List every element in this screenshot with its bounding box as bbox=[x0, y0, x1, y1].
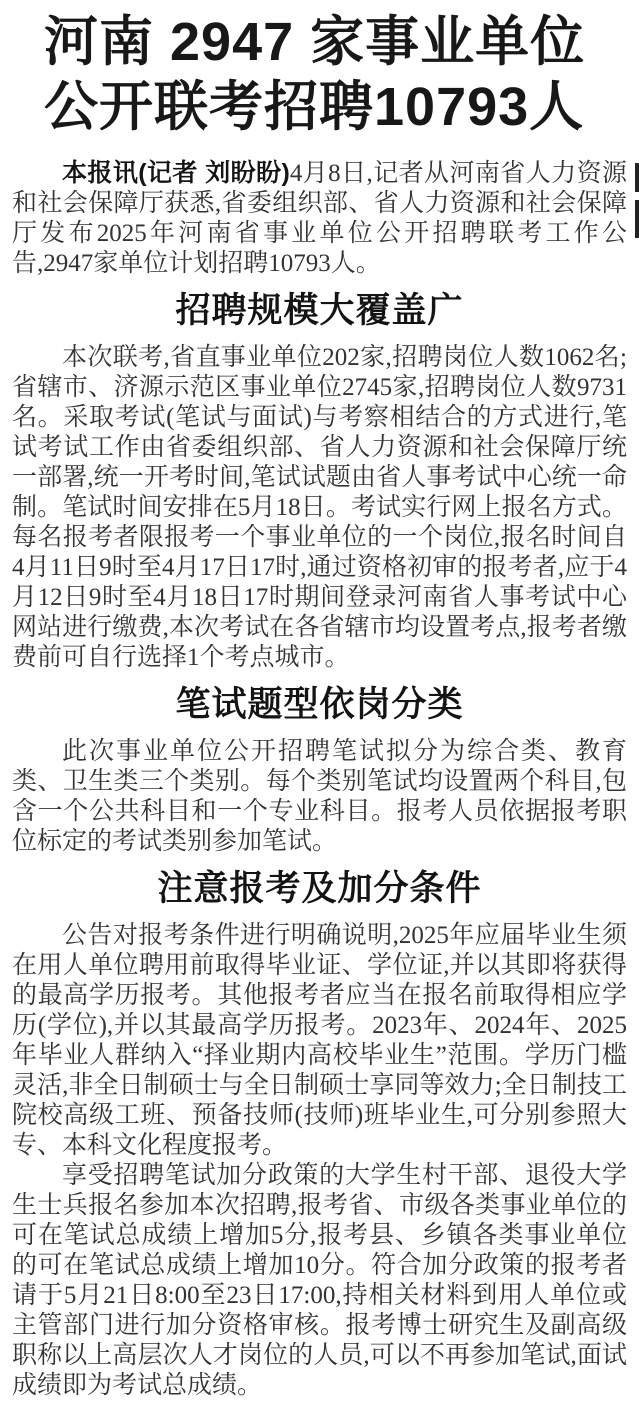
section-2-paragraph-1: 此次事业单位公开招聘笔试拟分为综合类、教育类、卫生类三个类别。每个类别笔试均设置… bbox=[0, 737, 639, 857]
lead-byline: 本报讯(记者 刘盼盼) bbox=[62, 159, 290, 187]
section-heading-recruitment-scale: 招聘规模大覆盖广 bbox=[0, 291, 639, 331]
newspaper-article-page: 河南 2947 家事业单位 公开联考招聘10793人 本报讯(记者 刘盼盼)4月… bbox=[0, 0, 639, 1405]
section-3-paragraph-2: 享受招聘笔试加分政策的大学生村干部、退役大学生士兵报名参加本次招聘,报考省、市级… bbox=[0, 1161, 639, 1401]
article-title-line-1: 河南 2947 家事业单位 bbox=[44, 10, 633, 75]
section-3-paragraph-1: 公告对报考条件进行明确说明,2025年应届毕业生须在用人单位聘用前取得毕业证、学… bbox=[0, 921, 639, 1161]
section-heading-application-bonus: 注意报考及加分条件 bbox=[0, 869, 639, 909]
article-title: 河南 2947 家事业单位 公开联考招聘10793人 bbox=[0, 10, 639, 140]
adjacent-column-bleed-artifact bbox=[635, 200, 639, 238]
article-title-line-2: 公开联考招聘10793人 bbox=[44, 75, 633, 140]
lead-paragraph: 本报讯(记者 刘盼盼)4月8日,记者从河南省人力资源和社会保障厅获悉,省委组织部… bbox=[0, 158, 639, 279]
adjacent-column-bleed-artifact bbox=[635, 163, 639, 192]
section-1-paragraph-1: 本次联考,省直事业单位202家,招聘岗位人数1062名;省辖市、济源示范区事业单… bbox=[0, 343, 639, 673]
section-heading-exam-categories: 笔试题型依岗分类 bbox=[0, 685, 639, 725]
